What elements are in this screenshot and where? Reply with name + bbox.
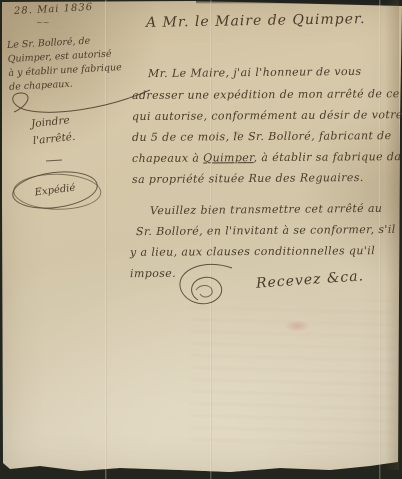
body-line: Veuillez bien transmettre cet arrêté au [150, 202, 383, 217]
expedited-label: Expédié [34, 182, 76, 198]
underlined-place-name: Quimper [203, 151, 254, 164]
body-line: Mr. Le Maire, j'ai l'honneur de vous [148, 65, 362, 80]
body-line: Sr. Bolloré, en l'invitant à se conforme… [136, 223, 396, 238]
body-line: chapeaux à Quimper, à établir sa fabriqu… [132, 150, 402, 165]
date-flourish: ~~ [36, 18, 49, 27]
paraph-flourish [170, 260, 250, 318]
body-line: sa propriété située Rue des Reguaires. [132, 171, 364, 186]
letter-scan: 28. Mai 1836 ~~ Le Sr. Bolloré, de Quimp… [0, 0, 402, 479]
scan-edge-top [196, 0, 402, 4]
body-line: y a lieu, aux clauses conditionnelles qu… [130, 244, 375, 259]
body-line: du 5 de ce mois, le Sr. Bolloré, fabrica… [132, 129, 392, 144]
body-text: chapeaux à [132, 151, 203, 164]
body-line: adresser une expédition de mon arrêté de… [132, 87, 402, 102]
ink-stain [284, 320, 310, 332]
margin-join-note: Joindre l'arrêté. [30, 112, 76, 150]
body-line: qui autorise, conformément au désir de v… [132, 108, 402, 123]
body-text: , à établir sa fabrique dans [254, 150, 402, 164]
